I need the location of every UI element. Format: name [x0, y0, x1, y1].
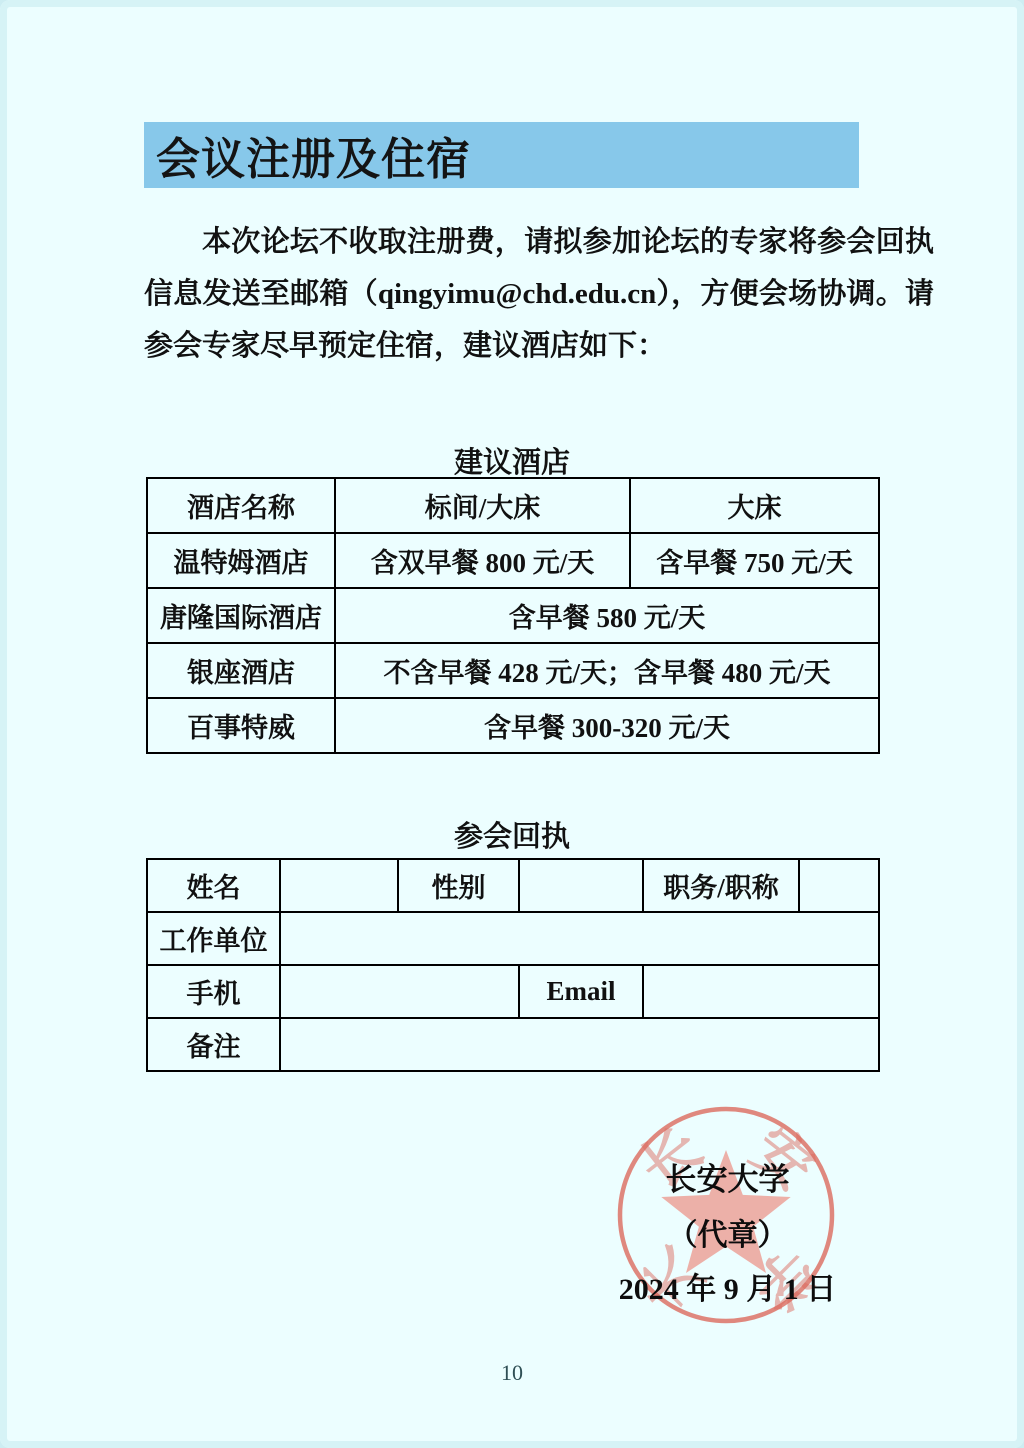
stamp-date-text: 2024 年 9 月 1 日 [575, 1264, 880, 1308]
hotel-table-title: 建议酒店 [146, 440, 878, 481]
table-row: 温特姆酒店 含双早餐 800 元/天 含早餐 750 元/天 [147, 533, 879, 588]
reply-table: 姓名 性别 职务/职称 工作单位 手机 Email 备注 [146, 858, 880, 1072]
section-title: 会议注册及住宿 [144, 123, 471, 187]
hotel-table: 酒店名称 标间/大床 大床 温特姆酒店 含双早餐 800 元/天 含早餐 750… [146, 477, 880, 754]
hotel-header-row: 酒店名称 标间/大床 大床 [147, 478, 879, 533]
gender-input-cell [519, 859, 643, 912]
phone-label-cell: 手机 [147, 965, 280, 1018]
notes-label-cell: 备注 [147, 1018, 280, 1071]
stamp-org-text: 长安大学 [575, 1154, 880, 1199]
name-label-cell: 姓名 [147, 859, 280, 912]
hotel-name-cell: 银座酒店 [147, 643, 335, 698]
stamp-note-text: （代章） [575, 1210, 880, 1254]
email-input-cell [643, 965, 879, 1018]
phone-input-cell [280, 965, 519, 1018]
table-row: 姓名 性别 职务/职称 [147, 859, 879, 912]
gender-label-cell: 性别 [398, 859, 519, 912]
table-row: 银座酒店 不含早餐 428 元/天；含早餐 480 元/天 [147, 643, 879, 698]
hotel-col-header: 标间/大床 [335, 478, 630, 533]
document-page: 会议注册及住宿 本次论坛不收取注册费，请拟参加论坛的专家将参会回执信息发送至邮箱… [0, 0, 1024, 1448]
intro-paragraph: 本次论坛不收取注册费，请拟参加论坛的专家将参会回执信息发送至邮箱（qingyim… [144, 216, 934, 372]
hotel-price-cell: 含早餐 750 元/天 [630, 533, 879, 588]
email-label-cell: Email [519, 965, 643, 1018]
table-row: 手机 Email [147, 965, 879, 1018]
reply-table-title: 参会回执 [146, 814, 878, 855]
hotel-name-cell: 百事特威 [147, 698, 335, 753]
table-row: 百事特威 含早餐 300-320 元/天 [147, 698, 879, 753]
org-input-cell [280, 912, 879, 965]
section-banner: 会议注册及住宿 [144, 122, 859, 188]
hotel-name-cell: 温特姆酒店 [147, 533, 335, 588]
hotel-name-cell: 唐隆国际酒店 [147, 588, 335, 643]
notes-input-cell [280, 1018, 879, 1071]
hotel-price-cell: 含早餐 300-320 元/天 [335, 698, 879, 753]
hotel-col-header: 酒店名称 [147, 478, 335, 533]
hotel-price-cell: 不含早餐 428 元/天；含早餐 480 元/天 [335, 643, 879, 698]
hotel-price-cell: 含早餐 580 元/天 [335, 588, 879, 643]
hotel-col-header: 大床 [630, 478, 879, 533]
table-row: 备注 [147, 1018, 879, 1071]
duty-label-cell: 职务/职称 [643, 859, 799, 912]
table-row: 唐隆国际酒店 含早餐 580 元/天 [147, 588, 879, 643]
hotel-price-cell: 含双早餐 800 元/天 [335, 533, 630, 588]
org-label-cell: 工作单位 [147, 912, 280, 965]
duty-input-cell [799, 859, 879, 912]
table-row: 工作单位 [147, 912, 879, 965]
page-number: 10 [0, 1360, 1024, 1386]
name-input-cell [280, 859, 398, 912]
